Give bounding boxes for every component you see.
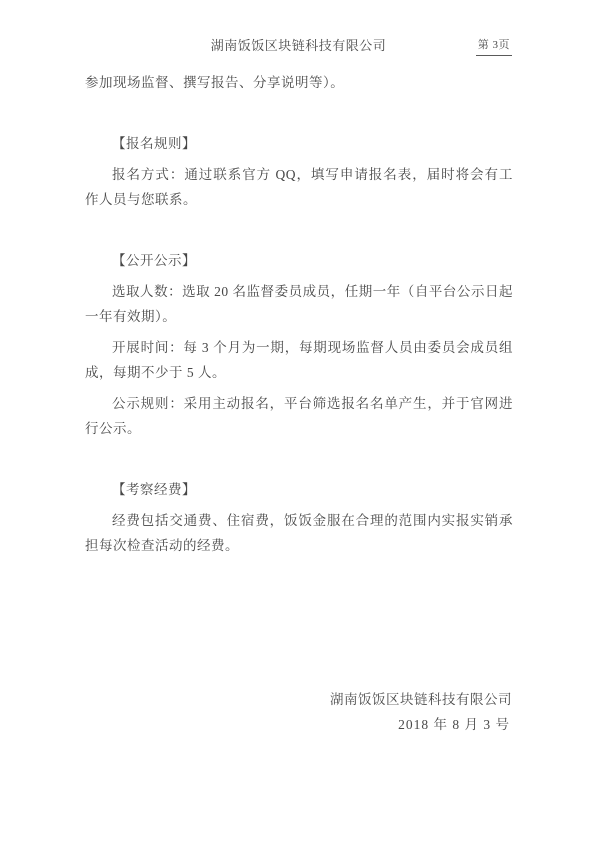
document-body: 参加现场监督、撰写报告、分享说明等）。 【报名规则】 报名方式：通过联系官方 Q… [85,70,513,558]
section-heading: 【报名规则】 [85,131,513,156]
continuation-paragraph: 参加现场监督、撰写报告、分享说明等）。 [85,70,513,95]
document-page: 湖南饭饭区块链科技有限公司 第 3页 参加现场监督、撰写报告、分享说明等）。 【… [0,0,600,847]
paragraph: 经费包括交通费、住宿费，饭饭金服在合理的范围内实报实销承担每次检查活动的经费。 [85,508,513,558]
section-heading: 【公开公示】 [85,248,513,273]
paragraph: 报名方式：通过联系官方 QQ，填写申请报名表，届时将会有工作人员与您联系。 [85,162,513,212]
section-inspection-funds: 【考察经费】 经费包括交通费、住宿费，饭饭金服在合理的范围内实报实销承担每次检查… [85,477,513,558]
footer-company-name: 湖南饭饭区块链科技有限公司 [330,687,512,712]
page-number: 第 3页 [476,38,512,56]
page-header: 湖南饭饭区块链科技有限公司 [85,37,512,55]
paragraph: 选取人数：选取 20 名监督委员成员，任期一年（自平台公示日起一年有效期）。 [85,279,513,329]
section-signup-rules: 【报名规则】 报名方式：通过联系官方 QQ，填写申请报名表，届时将会有工作人员与… [85,131,513,212]
header-company-name: 湖南饭饭区块链科技有限公司 [211,38,387,53]
paragraph: 公示规则：采用主动报名，平台筛选报名名单产生，并于官网进行公示。 [85,391,513,441]
section-heading: 【考察经费】 [85,477,513,502]
footer-date: 2018 年 8 月 3 号 [330,712,512,737]
footer-signature: 湖南饭饭区块链科技有限公司 2018 年 8 月 3 号 [330,687,512,737]
paragraph: 开展时间：每 3 个月为一期，每期现场监督人员由委员会成员组成，每期不少于 5 … [85,335,513,385]
section-public-announcement: 【公开公示】 选取人数：选取 20 名监督委员成员，任期一年（自平台公示日起一年… [85,248,513,441]
